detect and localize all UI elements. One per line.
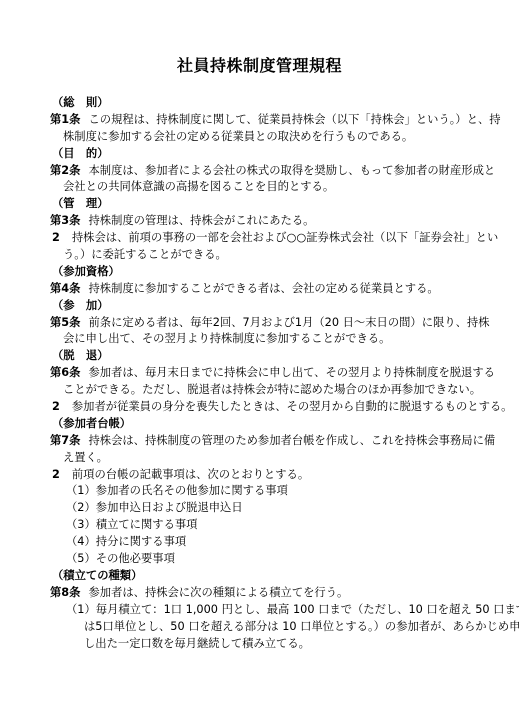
article-number: 第2条 xyxy=(50,164,80,177)
register-item-1: （1）参加者の氏名その他参加に関する事項 xyxy=(50,483,490,500)
article-text: 参加者は、持株会に次の種類による積立てを行う。 xyxy=(88,586,348,599)
article-text: 持株会は、持株制度の管理のため参加者台帳を作成し、これを持株会事務局に備 xyxy=(88,434,495,447)
paragraph-text: 前項の台帳の記載事項は、次のとおりとする。 xyxy=(72,468,309,481)
article-1: 第1条この規程は、持株制度に関して、従業員持株会（以下「持株会」という。）と、持 xyxy=(50,112,490,129)
article-text: 本制度は、参加者による会社の株式の取得を奨励し、もって参加者の財産形成と xyxy=(88,164,495,177)
document-title: 社員持株制度管理規程 xyxy=(0,56,519,76)
section-heading-participation: （参 加） xyxy=(50,298,490,315)
paragraph-text: 参加者が従業員の身分を喪失したときは、その翌月から自動的に脱退するものとする。 xyxy=(72,400,513,413)
article-text: 持株制度の管理は、持株会がこれにあたる。 xyxy=(88,214,314,227)
article-6-paragraph-2: 2参加者が従業員の身分を喪失したときは、その翌月から自動的に脱退するものとする。 xyxy=(50,399,490,416)
article-text: この規程は、持株制度に関して、従業員持株会（以下「持株会」という。）と、持 xyxy=(88,113,500,126)
paragraph-number: 2 xyxy=(52,468,60,481)
article-6: 第6条参加者は、毎月末日までに持株会に申し出て、その翌月より持株制度を脱退する xyxy=(50,365,490,382)
article-2-continued: 会社との共同体意識の高揚を図ることを目的とする。 xyxy=(50,179,490,196)
article-3-paragraph-2-continued: う。）に委託することができる。 xyxy=(50,247,490,264)
register-item-5: （5）その他必要事項 xyxy=(50,551,490,568)
section-heading-eligibility: （参加資格） xyxy=(50,264,490,281)
article-number: 第4条 xyxy=(50,282,80,295)
article-7-paragraph-2: 2前項の台帳の記載事項は、次のとおりとする。 xyxy=(50,467,490,484)
article-6-continued: ことができる。ただし、脱退者は持株会が特に認めた場合のほか再参加できない。 xyxy=(50,382,490,399)
section-heading-participant-register: （参加者台帳） xyxy=(50,416,490,433)
article-number: 第5条 xyxy=(50,316,80,329)
paragraph-text: 持株会は、前項の事務の一部を会社および○○証券株式会社（以下「証券会社」とい xyxy=(72,231,498,244)
article-7-continued: え置く。 xyxy=(50,450,490,467)
article-5-continued: 会に申し出て、その翌月より持株制度に参加することができる。 xyxy=(50,331,490,348)
register-item-2: （2）参加申込日および脱退申込日 xyxy=(50,500,490,517)
article-7: 第7条持株会は、持株制度の管理のため参加者台帳を作成し、これを持株会事務局に備 xyxy=(50,433,490,450)
document-body: （総 則） 第1条この規程は、持株制度に関して、従業員持株会（以下「持株会」とい… xyxy=(50,95,490,652)
section-heading-management: （管 理） xyxy=(50,196,490,213)
savings-item-1-continued: は5口単位とし、50 口を超える部分は 10 口単位とする。）の参加者が、あらか… xyxy=(50,619,490,636)
section-heading-purpose: （目 的） xyxy=(50,146,490,163)
article-3-paragraph-2: 2持株会は、前項の事務の一部を会社および○○証券株式会社（以下「証券会社」とい xyxy=(50,230,490,247)
article-number: 第6条 xyxy=(50,366,80,379)
article-text: 参加者は、毎月末日までに持株会に申し出て、その翌月より持株制度を脱退する xyxy=(88,366,494,379)
register-item-3: （3）積立てに関する事項 xyxy=(50,517,490,534)
section-heading-general: （総 則） xyxy=(50,95,490,112)
article-4: 第4条持株制度に参加することができる者は、会社の定める従業員とする。 xyxy=(50,281,490,298)
article-number: 第1条 xyxy=(50,113,80,126)
article-8: 第8条参加者は、持株会に次の種類による積立てを行う。 xyxy=(50,585,490,602)
paragraph-number: 2 xyxy=(52,231,60,244)
savings-item-1: （1）毎月積立て：1口 1,000 円とし、最高 100 口まで（ただし、10 … xyxy=(50,602,490,619)
section-heading-savings-types: （積立ての種類） xyxy=(50,568,490,585)
article-3: 第3条持株制度の管理は、持株会がこれにあたる。 xyxy=(50,213,490,230)
article-number: 第3条 xyxy=(50,214,80,227)
article-1-continued: 株制度に参加する会社の定める従業員との取決めを行うものである。 xyxy=(50,129,490,146)
savings-item-1-continued-2: し出た一定口数を毎月継続して積み立てる。 xyxy=(50,636,490,653)
section-heading-withdrawal: （脱 退） xyxy=(50,348,490,365)
register-item-4: （4）持分に関する事項 xyxy=(50,534,490,551)
article-text: 持株制度に参加することができる者は、会社の定める従業員とする。 xyxy=(88,282,438,295)
article-5: 第5条前条に定める者は、毎年2回、7月および1月（20 日〜末日の間）に限り、持… xyxy=(50,315,490,332)
article-2: 第2条本制度は、参加者による会社の株式の取得を奨励し、もって参加者の財産形成と xyxy=(50,163,490,180)
article-number: 第8条 xyxy=(50,586,80,599)
article-number: 第7条 xyxy=(50,434,80,447)
article-text: 前条に定める者は、毎年2回、7月および1月（20 日〜末日の間）に限り、持株 xyxy=(88,316,489,329)
paragraph-number: 2 xyxy=(52,400,60,413)
